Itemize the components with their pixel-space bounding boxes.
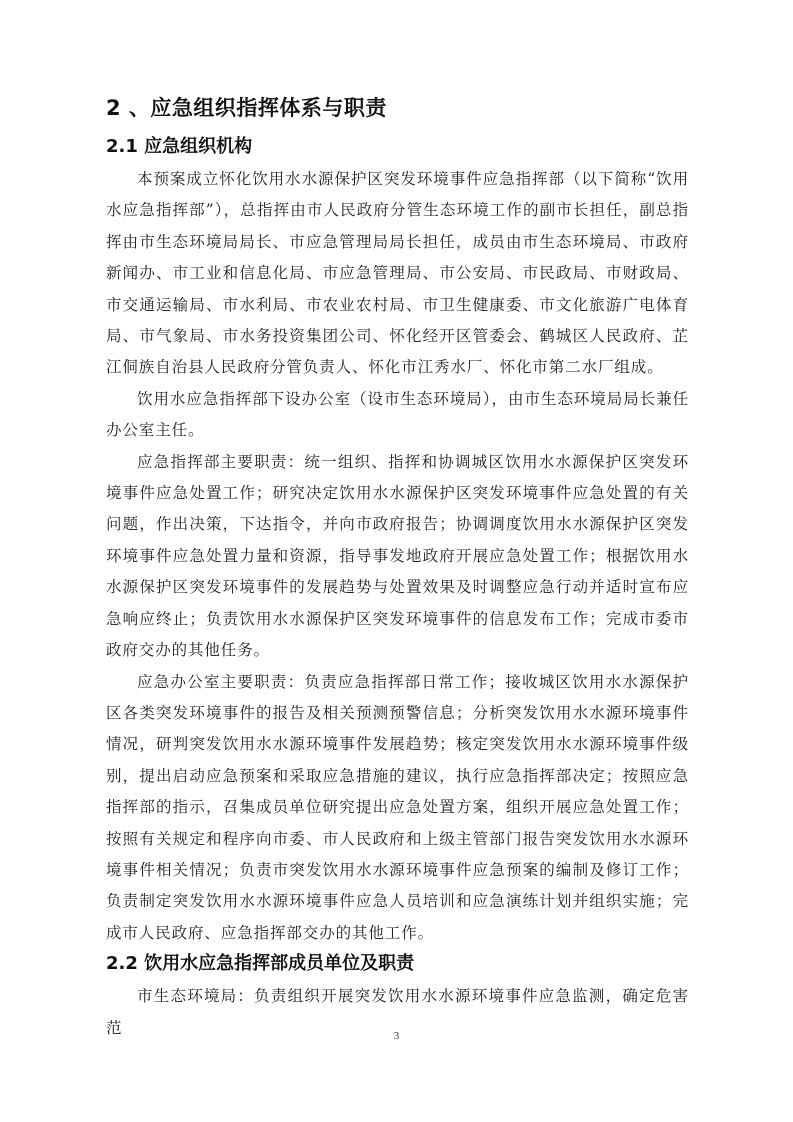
heading-section-2-2: 2.2 饮用水应急指挥部成员单位及职责 <box>106 951 689 977</box>
heading-section-2-1: 2.1 应急组织机构 <box>106 134 689 160</box>
document-page: 2 、应急组织指挥体系与职责 2.1 应急组织机构 本预案成立怀化饮用水水源保护… <box>106 94 689 1044</box>
paragraph-command-duties: 应急指挥部主要职责：统一组织、指挥和协调城区饮用水水源保护区突发环境事件应急处置… <box>106 447 689 667</box>
paragraph-organization: 本预案成立怀化饮用水水源保护区突发环境事件应急指挥部（以下简称“饮用水应急指挥部… <box>106 164 689 384</box>
paragraph-office: 饮用水应急指挥部下设办公室（设市生态环境局），由市生态环境局局长兼任办公室主任。 <box>106 384 689 447</box>
heading-section-2: 2 、应急组织指挥体系与职责 <box>106 94 689 122</box>
page-number: 3 <box>0 1030 793 1042</box>
paragraph-office-duties: 应急办公室主要职责：负责应急指挥部日常工作；接收城区饮用水水源保护区各类突发环境… <box>106 667 689 950</box>
